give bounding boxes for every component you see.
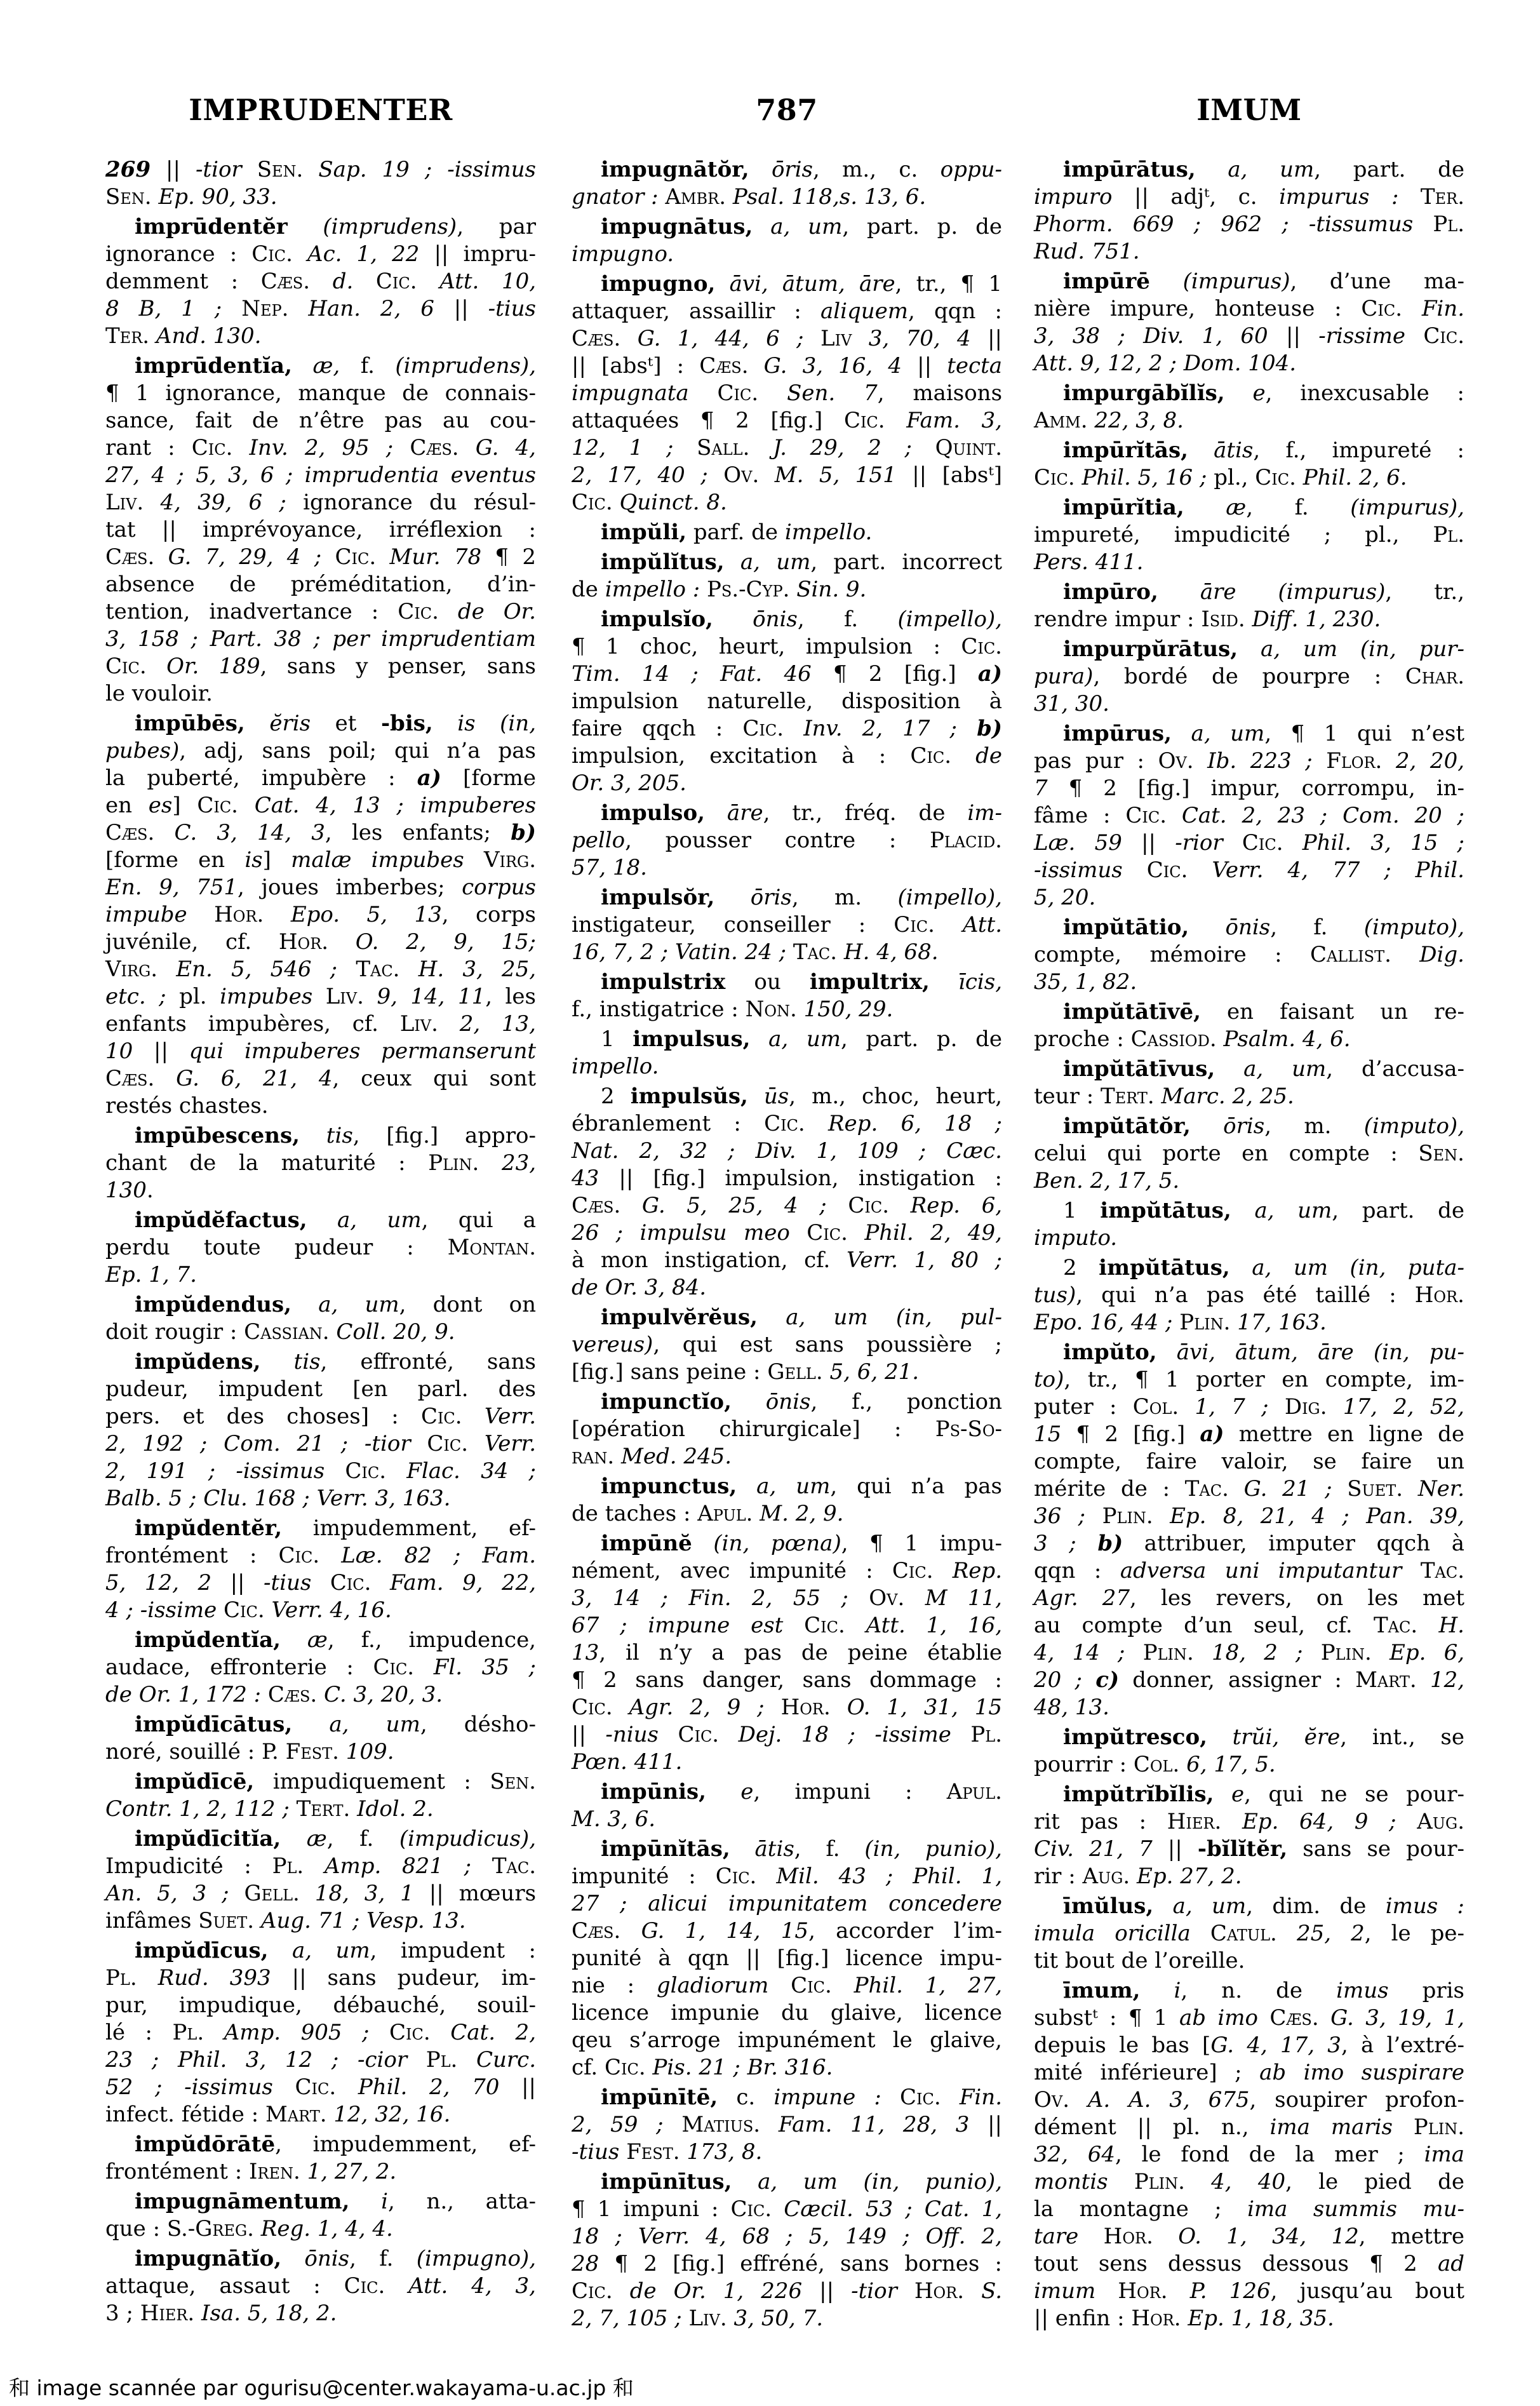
dictionary-entry: impugnāmentum, i, n., atta-que : S.-Greg… — [105, 2188, 536, 2243]
text: , f. — [349, 2246, 417, 2271]
italic-text: 26 ; impulsu meo — [572, 1220, 790, 1246]
text: , le pied de — [1285, 2169, 1464, 2194]
entry-line: montis Plin. 4, 40, le pied de — [1034, 2168, 1464, 2196]
italic-text: Psalm. 4, 6. — [1223, 1026, 1350, 1052]
entry-line: || [absᵗ] : Cæs. G. 3, 16, 4 || tecta — [572, 353, 1002, 380]
italic-text: Phorm. 669 ; 962 ; -tissumus — [1034, 212, 1413, 237]
entry-line: proche : Cassiod. Psalm. 4, 6. — [1034, 1026, 1464, 1053]
text — [336, 2074, 358, 2100]
author-abbreviation: Mart. — [1355, 1667, 1417, 1693]
text — [889, 1193, 911, 1218]
text — [1221, 1809, 1242, 1834]
dictionary-entry: impŭtātīvus, a, um, d’accusa-teur : Tert… — [1034, 1056, 1464, 1110]
italic-text: H. 3, 25, — [418, 957, 536, 982]
italic-text: Ac. 1, 22 — [307, 241, 419, 267]
dictionary-entry: impŭdīcus, a, um, impudent :Pl. Rud. 393… — [105, 1937, 536, 2128]
text — [157, 957, 176, 982]
italic-text: Phil. 2, 49, — [864, 1220, 1002, 1246]
entry-line: 23 ; Phil. 3, 12 ; -cior Pl. Curc. — [105, 2046, 536, 2074]
text: , f., ponction — [810, 1389, 1002, 1415]
text: 3 ; — [105, 2301, 140, 2326]
italic-text: (impurus), — [1350, 495, 1464, 520]
text: mité inférieure] ; — [1034, 2060, 1259, 2085]
entry-line: Epo. 16, 44 ; Plin. 17, 163. — [1034, 1309, 1464, 1336]
text — [935, 912, 963, 938]
text — [613, 2278, 630, 2304]
italic-text: Idol. 2. — [357, 1796, 434, 1822]
author-abbreviation: Cic. — [848, 1193, 889, 1218]
text: , soupirer profon- — [1249, 2087, 1464, 2113]
headword: impŭli, — [601, 520, 686, 545]
text — [759, 462, 775, 488]
italic-text: C. 3, 14, 3 — [175, 820, 325, 845]
italic-text: æ, — [312, 353, 340, 379]
text — [765, 1695, 781, 1720]
text — [1327, 1394, 1343, 1420]
text: , f., impudence, — [328, 1627, 536, 1653]
author-abbreviation: Hor. — [1131, 2306, 1181, 2331]
text: , part. p. de — [842, 214, 1002, 239]
headword: impūrus, — [1063, 721, 1172, 746]
italic-text: Flac. 34 ; — [406, 1458, 536, 1484]
italic-text: 2, 192 ; Com. 21 ; -tior — [105, 1431, 411, 1456]
dictionary-column-right: impūrātus, a, um, part. deimpuro || adjᵗ… — [1034, 156, 1464, 2332]
text: substᵗ : ¶ 1 — [1034, 2005, 1179, 2031]
text — [1108, 2169, 1134, 2194]
text — [749, 435, 773, 460]
text — [310, 269, 333, 294]
author-abbreviation: S.-Greg. — [167, 2216, 254, 2241]
entry-line: impūnĭtās, ātis, f. (in, punio), — [572, 1836, 1002, 1863]
text — [273, 2074, 295, 2100]
italic-text: M 11, — [925, 1585, 1002, 1611]
entry-line: faire qqch : Cic. Inv. 2, 17 ; b) — [572, 715, 1002, 743]
text: , pousser contre : — [625, 828, 930, 853]
entry-line: Or. 3, 205. — [572, 770, 1002, 797]
author-abbreviation: Hor. — [279, 929, 328, 955]
italic-text: 150, 29. — [804, 997, 894, 1022]
entry-line: Nat. 2, 32 ; Div. 1, 109 ; Cæc. — [572, 1138, 1002, 1165]
italic-text: 3, 38 ; Div. 1, 60 — [1034, 323, 1268, 349]
dictionary-entry: impŭli, parf. de impello. — [572, 519, 1002, 546]
text: 1 — [1063, 1198, 1100, 1223]
entry-line: mérite de : Tac. G. 21 ; Suet. Ner. — [1034, 1475, 1464, 1503]
text: , ¶ 1 impu- — [841, 1531, 1002, 1556]
entry-line: que : S.-Greg. Reg. 1, 4, 4. — [105, 2215, 536, 2243]
text — [708, 462, 724, 488]
text: qqn : — [1034, 1558, 1120, 1583]
text — [254, 2216, 261, 2241]
entry-line: 2, 59 ; Matius. Fam. 11, 28, 3 || — [572, 2111, 1002, 2139]
text: , tr., ¶ 1 — [895, 271, 1002, 297]
italic-text: (in, punio), — [864, 1836, 1002, 1862]
entry-line: depuis le bas [G. 4, 17, 3, à l’extré- — [1034, 2032, 1464, 2059]
entry-line: impugno, āvi, ātum, āre, tr., ¶ 1 — [572, 271, 1002, 298]
text — [831, 1695, 847, 1720]
author-abbreviation: Cæs. — [105, 1066, 154, 1091]
italic-text: imus — [1336, 1978, 1388, 2003]
text — [852, 326, 868, 351]
dictionary-entry: impulstrix ou impultrix, īcis,f., instig… — [572, 969, 1002, 1023]
entry-line: Cic. de Or. 1, 226 || -tior Hor. S. — [572, 2278, 1002, 2305]
dictionary-entry: impŭdentĕr, impudemment, ef-frontément :… — [105, 1515, 536, 1624]
author-abbreviation: Quint. — [935, 435, 1002, 460]
author-abbreviation: Tac. — [1421, 1558, 1464, 1583]
text: perdu toute pudeur : — [105, 1235, 448, 1260]
text: juvénile, cf. — [105, 929, 279, 955]
entry-line: Ter. And. 130. — [105, 323, 536, 350]
entry-line: impūnis, e, impuni : Apul. — [572, 1778, 1002, 1806]
bold-italic-text: c) — [1095, 1667, 1119, 1693]
entry-line: impunité : Cic. Mil. 43 ; Phil. 1, — [572, 1863, 1002, 1890]
entry-line: impŭdīcus, a, um, impudent : — [105, 1937, 536, 1965]
text — [364, 984, 377, 1009]
italic-text: 32, 64 — [1034, 2142, 1115, 2167]
text: de taches : — [572, 1501, 697, 1526]
entry-line: impube Hor. Epo. 5, 13, corps — [105, 901, 536, 929]
dictionary-entry: impŭdīcē, impudiquement : Sen.Contr. 1, … — [105, 1768, 536, 1823]
entry-line: Cæs. G. 5, 25, 4 ; Cic. Rep. 6, — [572, 1192, 1002, 1220]
entry-line: attaquer, assaillir : aliquem, qqn : — [572, 298, 1002, 325]
entry-line: -issimus Cic. Verr. 4, 77 ; Phil. — [1034, 857, 1464, 884]
dictionary-entry: impŭdendus, a, um, dont ondoit rougir : … — [105, 1291, 536, 1346]
author-abbreviation: Plin. — [1321, 1640, 1372, 1665]
italic-text: Curc. — [476, 2047, 536, 2073]
text: frontément : — [105, 2159, 249, 2184]
text: , qui a — [422, 1207, 536, 1233]
entry-line: 3 ; Hier. Isa. 5, 18, 2. — [105, 2300, 536, 2327]
entry-line: frontément : Iren. 1, 27, 2. — [105, 2158, 536, 2186]
bold-text: -bis, — [381, 711, 433, 736]
text: , m., choc, heurt, — [789, 1084, 1002, 1109]
author-abbreviation: Cic. — [731, 2196, 772, 2222]
dictionary-entry: impūbescens, tis, [fig.] appro-chant de … — [105, 1122, 536, 1204]
text: le vouloir. — [105, 681, 213, 706]
author-abbreviation: Cic. — [605, 2055, 646, 2080]
italic-text: Fam. 9, 22, — [390, 1570, 536, 1596]
text — [187, 902, 214, 927]
text: || enfin : — [1034, 2306, 1131, 2331]
author-abbreviation: Plin. — [1179, 1310, 1230, 1335]
text — [1231, 1198, 1255, 1223]
italic-text: impurus : — [1279, 184, 1398, 210]
headword: impŭdīcē, — [135, 1769, 254, 1794]
text — [719, 1722, 738, 1747]
italic-text: 12, — [1430, 1667, 1464, 1693]
author-abbreviation: Liv. — [105, 490, 144, 515]
text — [1238, 636, 1261, 662]
italic-text: etc. ; — [105, 984, 166, 1009]
headword: impŭlĭtus, — [601, 549, 725, 575]
text: attribuer, imputer qqch à — [1123, 1531, 1464, 1556]
author-abbreviation: Sen. — [257, 157, 304, 182]
entry-line: impŭtresco, trŭi, ĕre, int., se — [1034, 1724, 1464, 1751]
italic-text: ab imo suspirare — [1259, 2060, 1464, 2085]
entry-line: imum Hor. P. 126, jusqu’au bout — [1034, 2278, 1464, 2305]
italic-text: Læ. 59 — [1034, 830, 1122, 856]
italic-text: 23, — [502, 1150, 536, 1176]
text — [1153, 1893, 1172, 1919]
text: faire qqch : — [572, 716, 742, 741]
text — [386, 1458, 406, 1484]
author-abbreviation: Tac. — [793, 939, 837, 965]
text: en faisant un re- — [1201, 999, 1464, 1025]
italic-text: 12, 32, 16. — [333, 2102, 450, 2127]
author-abbreviation: Sall. — [697, 435, 749, 460]
text — [848, 1585, 869, 1611]
italic-text: ōnis — [766, 1389, 811, 1415]
italic-text: ima summis mu- — [1247, 2196, 1464, 2222]
author-abbreviation: Gell. — [767, 1359, 822, 1385]
text: , inexcusable : — [1266, 380, 1464, 406]
text: , tr., ¶ 1 porter en compte, im- — [1064, 1367, 1464, 1392]
italic-text: -tius — [264, 1570, 311, 1596]
text: doit rougir : — [105, 1319, 244, 1345]
entry-line: 16, 7, 2 ; Vatin. 24 ; Tac. H. 4, 68. — [572, 939, 1002, 966]
italic-text: 4 ; -issime — [105, 1597, 217, 1623]
italic-text: -tius — [488, 296, 536, 321]
entry-line: Att. 9, 12, 2 ; Dom. 104. — [1034, 350, 1464, 377]
italic-text: Aug. 71 ; Vesp. 13. — [261, 1908, 466, 1933]
italic-text: M. 2, 9. — [760, 1501, 843, 1526]
dictionary-entry: impŭtresco, trŭi, ĕre, int., sepourrir :… — [1034, 1724, 1464, 1778]
text — [748, 1084, 764, 1109]
text — [756, 1864, 776, 1889]
italic-text: Quinct. 8. — [619, 490, 726, 515]
text — [941, 2085, 960, 2110]
text: ignorance : — [105, 241, 251, 267]
text: , m., c. — [813, 157, 941, 182]
author-abbreviation: Liv — [820, 326, 852, 351]
author-abbreviation: Tert. — [1101, 1084, 1155, 1109]
italic-text: a, um — [292, 1938, 370, 1963]
italic-text: tis — [326, 1123, 353, 1148]
text: || — [133, 1038, 189, 1064]
entry-line: puter : Col. 1, 7 ; Dig. 17, 2, 52, — [1034, 1394, 1464, 1421]
entry-line: 27 ; alicui impunitatem concedere — [572, 1890, 1002, 1918]
text: ¶ 2 — [481, 544, 536, 570]
text — [261, 1682, 268, 1707]
entry-line: Pl. Rud. 393 || sans pudeur, im- — [105, 1965, 536, 1992]
italic-text: Att. 9, 12, 2 ; Dom. 104. — [1034, 351, 1296, 376]
text — [1417, 1667, 1430, 1693]
text — [753, 214, 770, 239]
author-abbreviation: Cic. — [197, 793, 238, 818]
text — [646, 2055, 653, 2080]
author-abbreviation: Hor. — [914, 2278, 964, 2304]
entry-line: imprūdentĕr (imprudens), par — [105, 213, 536, 241]
entry-line: impŭdīcātus, a, um, désho- — [105, 1711, 536, 1738]
author-abbreviation: Cic. — [1255, 465, 1296, 490]
text — [1313, 748, 1327, 774]
italic-text: Verr. 1, 80 ; — [847, 1247, 1002, 1273]
text: , impuni : — [753, 1779, 946, 1805]
text — [1130, 1864, 1137, 1889]
dictionary-entry: impunctus, a, um, qui n’a pasde taches :… — [572, 1473, 1002, 1528]
italic-text: 13 — [572, 1640, 599, 1665]
italic-text: Fam. 11, 28, 3 — [779, 2112, 970, 2137]
italic-text: G. 3, 19, 1, — [1330, 2005, 1464, 2031]
text — [790, 1220, 807, 1246]
author-abbreviation: Cic. — [892, 1558, 934, 1583]
author-abbreviation: Tac. — [1374, 1613, 1417, 1638]
author-abbreviation: Cæs. — [105, 544, 154, 570]
entry-line: impŭdĕfactus, a, um, qui a — [105, 1207, 536, 1234]
dictionary-entry: impūnītē, c. impune : Cic. Fin.2, 59 ; M… — [572, 2084, 1002, 2166]
entry-line: tention, inadvertance : Cic. de Or. — [105, 598, 536, 626]
text — [1413, 212, 1433, 237]
italic-text: impugnata — [572, 380, 689, 406]
italic-text: æ — [1226, 495, 1246, 520]
italic-text: Cæcil. 53 ; Cat. 1, — [784, 2196, 1002, 2222]
entry-line: impūnītus, a, um (in, punio), — [572, 2168, 1002, 2196]
text — [1085, 1503, 1102, 1529]
entry-line: ébranlement : Cic. Rep. 6, 18 ; — [572, 1110, 1002, 1138]
author-abbreviation: Ter. — [1421, 184, 1464, 210]
text — [1157, 1340, 1177, 1365]
italic-text: 36 ; — [1034, 1503, 1085, 1529]
entry-line: 5, 12, 2 || -tius Cic. Fam. 9, 22, — [105, 1569, 536, 1597]
entry-line: 8 B, 1 ; Nep. Han. 2, 6 || -tius — [105, 295, 536, 323]
italic-text: 67 ; impune est — [572, 1613, 783, 1638]
text: || [absᵗ] — [897, 462, 1002, 488]
dictionary-entry: impurgābĭlĭs, e, inexcusable :Amm. 22, 3… — [1034, 380, 1464, 434]
entry-line: infâmes Suet. Aug. 71 ; Vesp. 13. — [105, 1907, 536, 1935]
text — [1417, 1613, 1438, 1638]
text — [376, 544, 389, 570]
italic-text: Rep. 6, 18 ; — [828, 1111, 1002, 1136]
text: , dim. de — [1246, 1893, 1386, 1919]
text: rit pas : — [1034, 1809, 1167, 1834]
dictionary-entry: 2 impŭtātus, a, um (in, puta-tus), qui n… — [1034, 1254, 1464, 1336]
text: , dont on — [399, 1292, 536, 1317]
author-abbreviation: Plin. — [1134, 2169, 1185, 2194]
text: ¶ 1 choc, heurt, impulsion : — [572, 634, 961, 659]
text — [1245, 607, 1252, 632]
italic-text: 3, 50, 7. — [733, 2306, 823, 2331]
italic-text: 2, 17, 40 ; — [572, 462, 708, 488]
text — [1229, 1476, 1244, 1502]
headword: impŭdentĕr, — [135, 1516, 282, 1541]
author-abbreviation: Hor. — [214, 902, 264, 927]
text: nément, avec impunité : — [572, 1558, 892, 1583]
text — [1214, 1782, 1231, 1807]
text — [1230, 1310, 1237, 1335]
italic-text: de Or. 1, 172 : — [105, 1682, 261, 1707]
text: || [fig.] impulsion, instigation : — [599, 1166, 1002, 1191]
entry-line: qqn : adversa uni imputantur Tac. — [1034, 1557, 1464, 1585]
author-abbreviation: Cic. — [105, 654, 147, 679]
text — [912, 435, 935, 460]
author-abbreviation: Cic. — [742, 716, 784, 741]
italic-text: corpus — [462, 875, 536, 900]
text: , qui n’a pas été taillé : — [1076, 1282, 1415, 1308]
text — [1217, 1026, 1224, 1052]
italic-text: 1, 7 ; — [1195, 1394, 1268, 1420]
entry-line: impugno. — [572, 241, 1002, 268]
italic-text: O. 1, 34, 12 — [1178, 2224, 1359, 2249]
text: et — [311, 711, 381, 736]
italic-text: (in, pœna) — [713, 1531, 841, 1556]
entry-line: pers. et des choses] : Cic. Verr. — [105, 1403, 536, 1430]
text — [337, 957, 356, 982]
author-abbreviation: Fest. — [626, 2139, 680, 2165]
italic-text: tecta — [947, 353, 1002, 379]
text — [805, 1111, 828, 1136]
italic-text: C. 3, 20, 3. — [324, 1682, 443, 1707]
entry-line: compte, mémoire : Callist. Dig. — [1034, 941, 1464, 969]
entry-line: teur : Tert. Marc. 2, 25. — [1034, 1083, 1464, 1110]
italic-text: 2, 13, — [460, 1011, 536, 1037]
text — [620, 1193, 642, 1218]
entry-line: impugnātŏr, ōris, m., c. oppu- — [572, 156, 1002, 184]
text: , qui ne se pour- — [1244, 1782, 1464, 1807]
entry-line: Liv. 4, 39, 6 ; ignorance du résul- — [105, 489, 536, 516]
dictionary-entry: impūro, āre (impurus), tr.,rendre impur … — [1034, 579, 1464, 633]
entry-line: ¶ 1 choc, heurt, impulsion : Cic. — [572, 633, 1002, 661]
author-abbreviation: Flor. — [1326, 748, 1382, 774]
entry-line: impūnĕ (in, pœna), ¶ 1 impu- — [572, 1530, 1002, 1557]
entry-line: imprūdentĭa, æ, f. (imprudens), — [105, 353, 536, 380]
text: f. — [340, 353, 395, 379]
italic-text: Cat. 2, 23 ; Com. 20 ; — [1182, 803, 1464, 828]
italic-text: Dej. 18 ; -issime — [739, 1722, 951, 1747]
text — [750, 1026, 768, 1052]
author-abbreviation: Cic. — [330, 1570, 372, 1596]
italic-text: ōris — [751, 885, 792, 910]
text — [1184, 495, 1226, 520]
text — [1277, 1921, 1297, 1946]
italic-text: a, um (in, pul- — [786, 1305, 1002, 1330]
italic-text: tus) — [1034, 1282, 1076, 1308]
entry-line: Pœn. 411. — [572, 1749, 1002, 1776]
italic-text: i — [381, 2189, 388, 2214]
entry-line: pello, pousser contre : Placid. — [572, 827, 1002, 854]
entry-line: 52 ; -issimus Cic. Phil. 2, 70 || — [105, 2074, 536, 2101]
text — [438, 1011, 460, 1037]
text — [1194, 1640, 1212, 1665]
bold-italic-text: b) — [977, 716, 1002, 741]
entry-line: demment : Cæs. d. Cic. Att. 10, — [105, 268, 536, 295]
entry-line: Phorm. 669 ; 962 ; -tissumus Pl. — [1034, 211, 1464, 238]
italic-text: (imputo), — [1364, 1113, 1464, 1139]
text — [727, 2306, 734, 2331]
text: , accorder l’im- — [808, 1918, 1002, 1944]
italic-text: -issimus — [1034, 857, 1123, 883]
text: , d’une ma- — [1290, 269, 1464, 294]
text — [1179, 1394, 1195, 1420]
text: , sans y penser, sans — [260, 654, 536, 679]
author-abbreviation: Cæs. — [572, 1193, 620, 1218]
italic-text: ōris — [1223, 1113, 1264, 1139]
headword: impŭdōrātē — [135, 2132, 275, 2157]
entry-line: ignorance : Cic. Ac. 1, 22 || impru- — [105, 241, 536, 268]
italic-text: Ep. 27, 2. — [1137, 1864, 1242, 1889]
text: [opération chirurgicale] : — [572, 1416, 935, 1442]
text — [783, 1613, 804, 1638]
author-abbreviation: Cic. — [894, 912, 935, 938]
text: , impudent : — [370, 1938, 536, 1963]
entry-line: vereus), qui est sans poussière ; — [572, 1331, 1002, 1359]
italic-text: impugno. — [572, 241, 674, 267]
italic-text: a, um — [756, 1474, 830, 1499]
text: pourrir : — [1034, 1752, 1134, 1777]
entry-line: pudeur, impudent [en parl. des — [105, 1376, 536, 1403]
author-abbreviation: Cic. — [572, 490, 613, 515]
headword: impulvĕrĕus, — [601, 1305, 758, 1330]
text — [149, 323, 156, 349]
text — [934, 1558, 953, 1583]
